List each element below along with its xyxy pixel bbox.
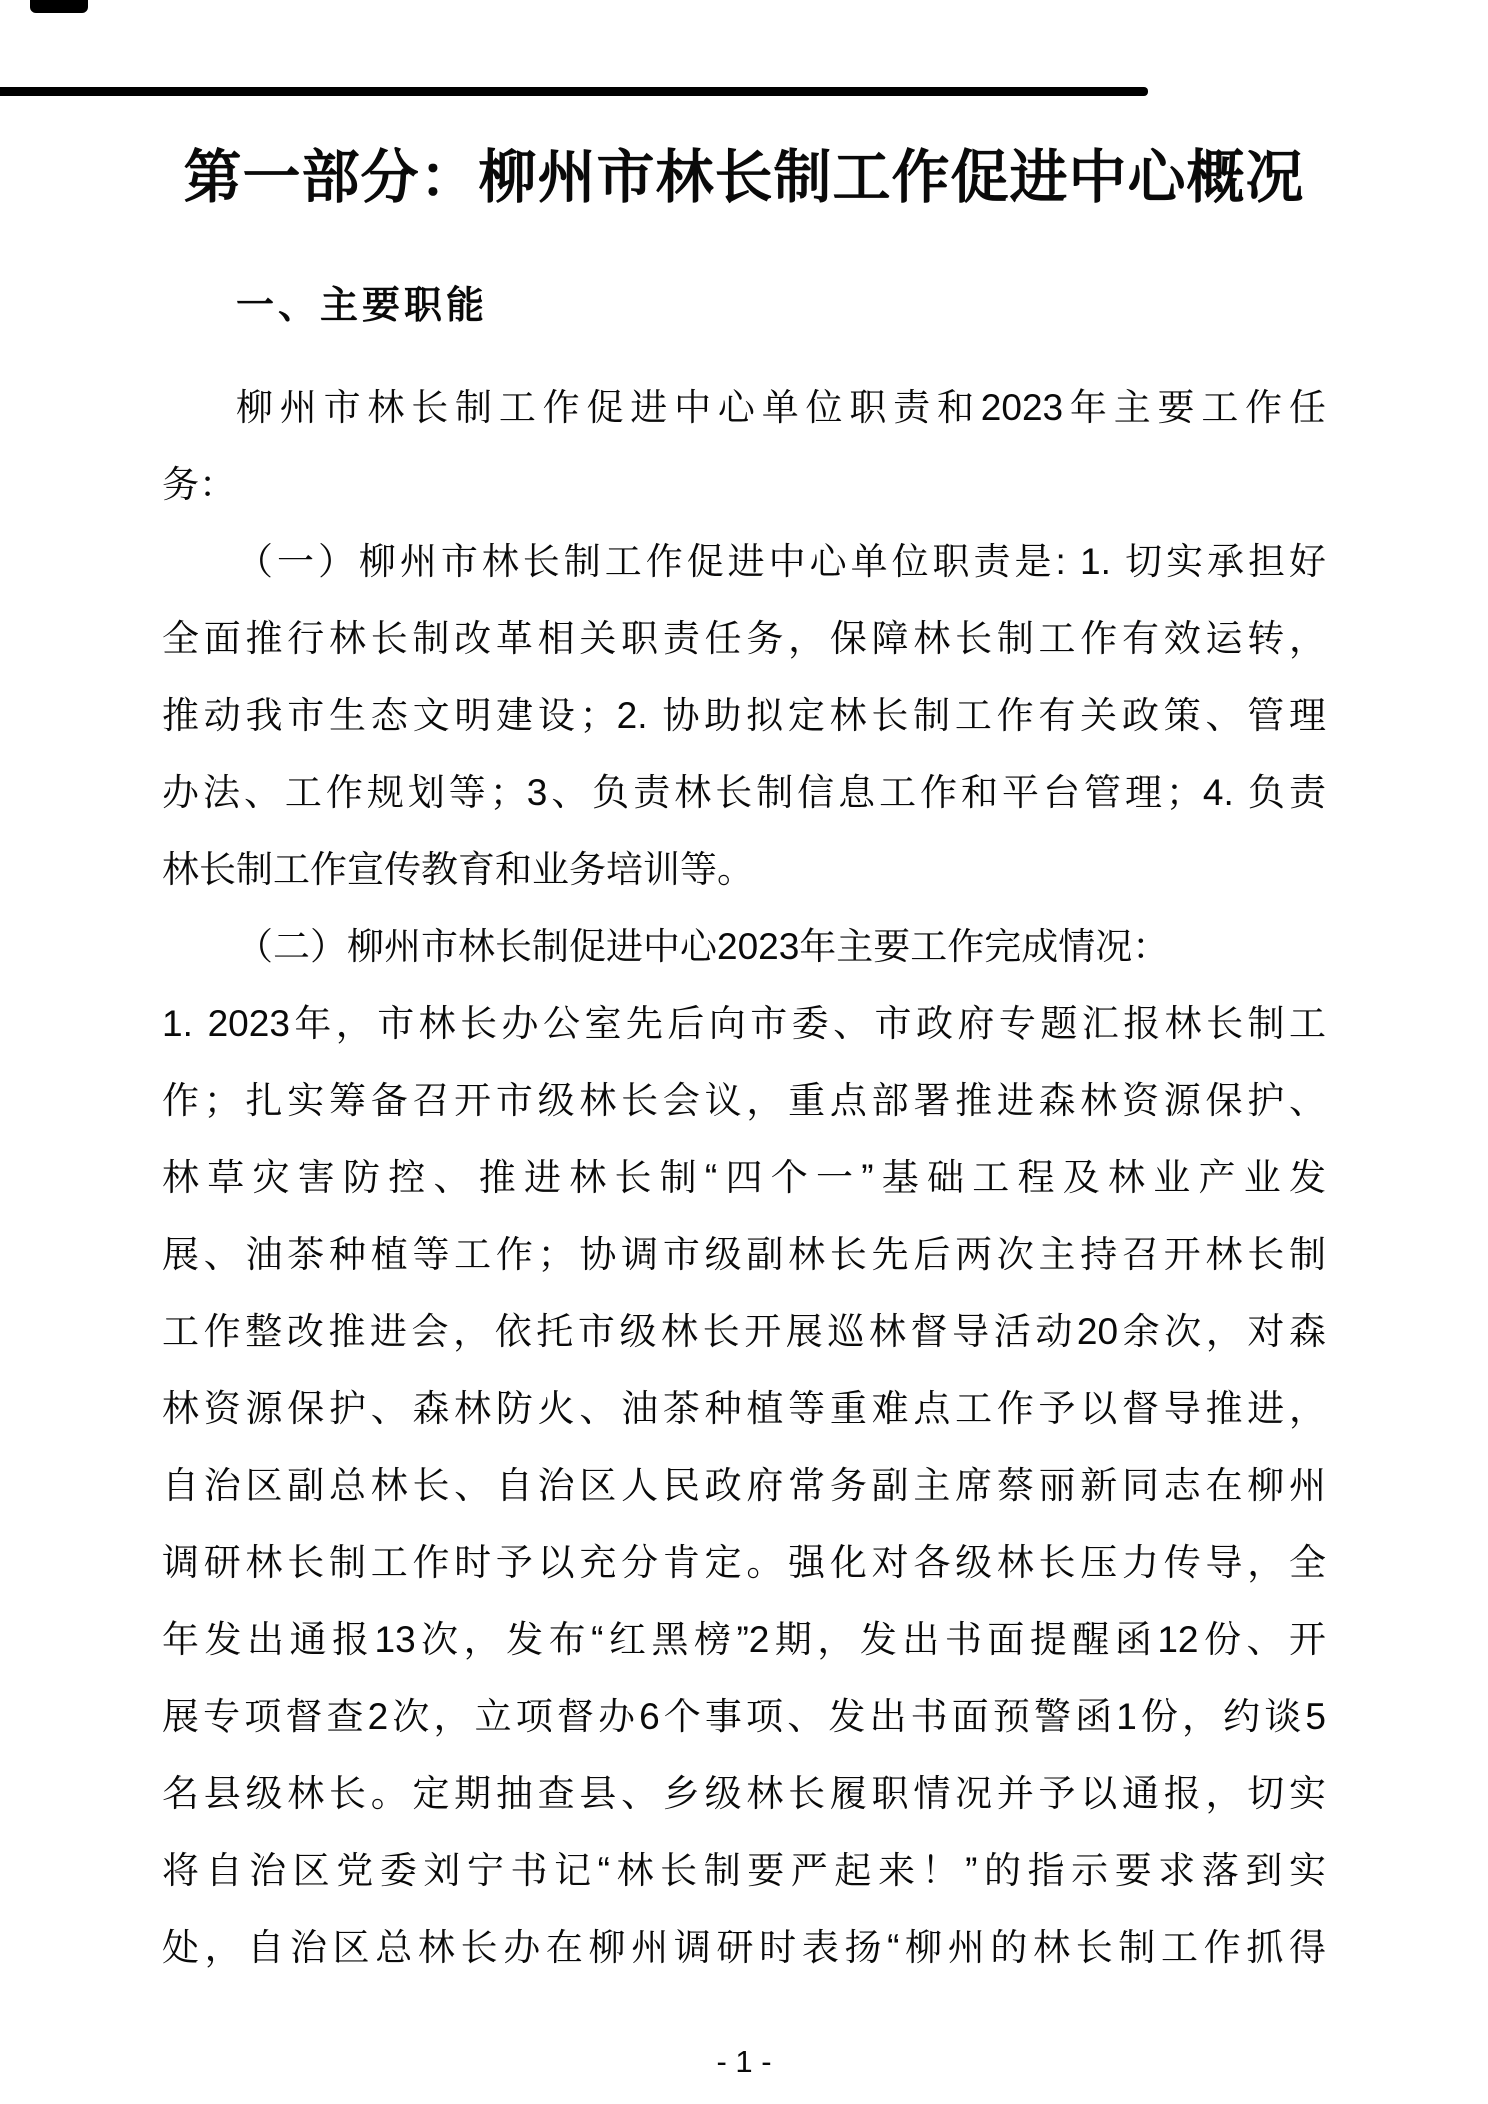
text-line: 展、油茶种植等工作；协调市级副林长先后两次主持召开林长制 bbox=[162, 1216, 1326, 1293]
body-text: 柳州市林长制工作促进中心单位职责和2023年主要工作任务：（一）柳州市林长制工作… bbox=[162, 369, 1326, 1986]
paragraph: 柳州市林长制工作促进中心单位职责和2023年主要工作任务： bbox=[162, 369, 1326, 523]
text-line: 作；扎实筹备召开市级林长会议，重点部署推进森林资源保护、 bbox=[162, 1062, 1326, 1139]
text-line: 调研林长制工作时予以充分肯定。强化对各级林长压力传导，全 bbox=[162, 1524, 1326, 1601]
text-line: 自治区副总林长、自治区人民政府常务副主席蔡丽新同志在柳州 bbox=[162, 1447, 1326, 1524]
text-line: 办法、工作规划等；3、负责林长制信息工作和平台管理；4. 负责 bbox=[162, 754, 1326, 831]
text-line: 年发出通报13次，发布“红黑榜”2期，发出书面提醒函12份、开 bbox=[162, 1601, 1326, 1678]
text-line: 林资源保护、森林防火、油茶种植等重难点工作予以督导推进， bbox=[162, 1370, 1326, 1447]
scan-artifact-streak bbox=[0, 87, 1148, 96]
text-line: 名县级林长。定期抽查县、乡级林长履职情况并予以通报，切实 bbox=[162, 1755, 1326, 1832]
text-line: 全面推行林长制改革相关职责任务，保障林长制工作有效运转， bbox=[162, 600, 1326, 677]
paragraph: （一）柳州市林长制工作促进中心单位职责是: 1. 切实承担好全面推行林长制改革相… bbox=[162, 523, 1326, 908]
text-line: 展专项督查2次，立项督办6个事项、发出书面预警函1份，约谈5 bbox=[162, 1678, 1326, 1755]
text-line: 林草灾害防控、推进林长制“四个一”基础工程及林业产业发 bbox=[162, 1139, 1326, 1216]
text-line: 工作整改推进会，依托市级林长开展巡林督导活动20余次，对森 bbox=[162, 1293, 1326, 1370]
section-heading: 一、主要职能 bbox=[162, 283, 1326, 329]
text-line: 推动我市生态文明建设；2. 协助拟定林长制工作有关政策、管理 bbox=[162, 677, 1326, 754]
text-line: （二）柳州市林长制促进中心2023年主要工作完成情况： bbox=[162, 908, 1326, 985]
scan-artifact-corner bbox=[30, 0, 88, 13]
paragraph: （二）柳州市林长制促进中心2023年主要工作完成情况： bbox=[162, 908, 1326, 985]
text-line: （一）柳州市林长制工作促进中心单位职责是: 1. 切实承担好 bbox=[162, 523, 1326, 600]
page-number: - 1 - bbox=[0, 2044, 1488, 2080]
text-line: 林长制工作宣传教育和业务培训等。 bbox=[162, 831, 1326, 908]
text-line: 处，自治区总林长办在柳州调研时表扬“柳州的林长制工作抓得 bbox=[162, 1909, 1326, 1986]
text-line: 柳州市林长制工作促进中心单位职责和2023年主要工作任 bbox=[162, 369, 1326, 446]
text-line: 务： bbox=[162, 446, 1326, 523]
text-line: 将自治区党委刘宁书记“林长制要严起来！”的指示要求落到实 bbox=[162, 1832, 1326, 1909]
paragraph: 1. 2023年，市林长办公室先后向市委、市政府专题汇报林长制工作；扎实筹备召开… bbox=[162, 985, 1326, 1986]
text-line: 1. 2023年，市林长办公室先后向市委、市政府专题汇报林长制工 bbox=[162, 985, 1326, 1062]
document-page: 第一部分：柳州市林长制工作促进中心概况 一、主要职能 柳州市林长制工作促进中心单… bbox=[0, 0, 1488, 2104]
page-title: 第一部分：柳州市林长制工作促进中心概况 bbox=[162, 142, 1326, 214]
